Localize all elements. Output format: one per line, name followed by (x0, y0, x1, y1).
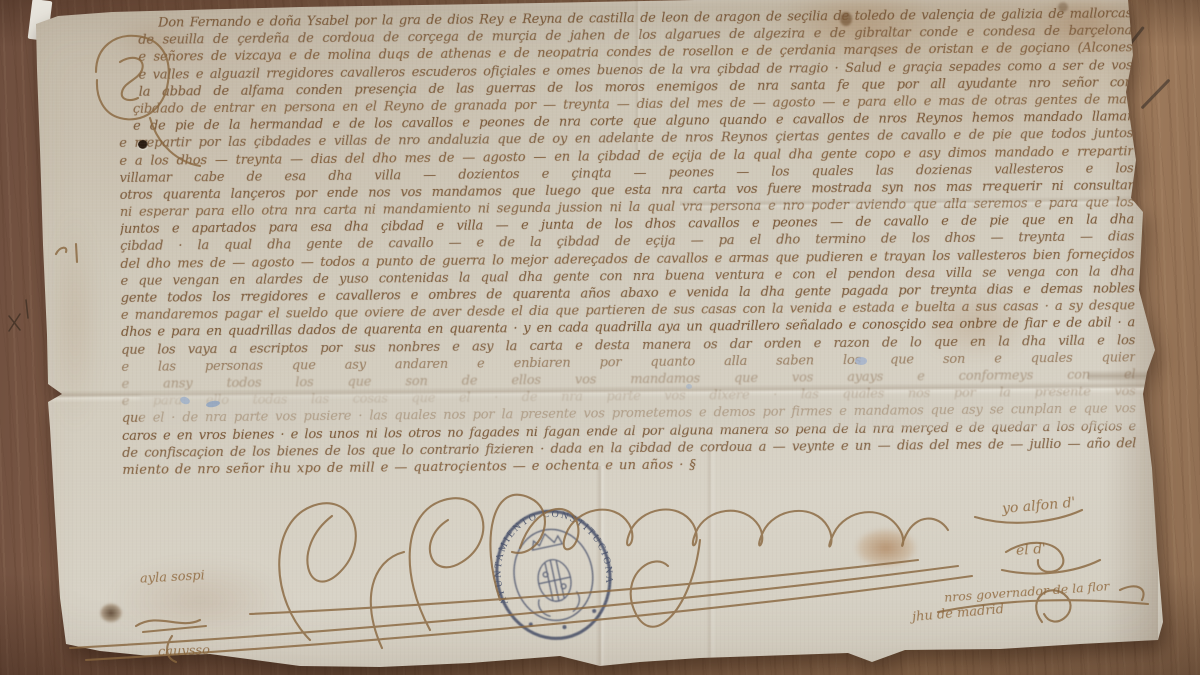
spot (840, 12, 852, 26)
paper-shadow: Don Fernando e doña Ysabel por la gra de… (0, 0, 1200, 675)
manuscript-line: Don Fernando e doña Ysabel por la gra de… (158, 5, 1132, 32)
fold-crease (596, 466, 606, 668)
blue-fleck (686, 384, 692, 389)
worm-hole (138, 140, 148, 149)
manuscript-line: que los vaya a escriptos por sus nonbres… (121, 332, 1135, 359)
fold-crease (1088, 370, 1158, 382)
edge-shading (1104, 0, 1158, 648)
manuscript-line: gente todos los rregidores e cavalleros … (121, 280, 1135, 307)
manuscript-line: ni esperar para ello otra nra carta ni m… (120, 194, 1134, 221)
manuscript-line: juntos e apartados para esa dha çibdad e… (120, 212, 1134, 239)
ink-blob (96, 600, 126, 626)
margin-note: ayla sospi (140, 568, 205, 586)
fold-crease (44, 381, 1148, 403)
stain (70, 540, 330, 660)
manuscript-line: e para ello todas las cosas que el · de … (122, 383, 1136, 410)
manuscript-line: que el · de nra parte vos pusiere · las … (122, 401, 1136, 428)
blue-fleck (206, 400, 221, 408)
paper-document: Don Fernando e doña Ysabel por la gra de… (0, 0, 1200, 675)
manuscript-line: la abbad de alfama conden presençia de l… (139, 74, 1133, 101)
manuscript-line: miento de nro señor ihu xpo de mill e — … (122, 452, 1136, 479)
fold-crease (634, 0, 642, 150)
manuscript-text: Don Fernando e doña Ysabel por la gra de… (118, 5, 1136, 479)
manuscript-line: dhos e para en quadrillas dados de quare… (121, 315, 1135, 342)
stain (1000, 0, 1170, 70)
archive-stamp: AYUNTAMIENTO CONSTITUCIONAL (479, 491, 628, 655)
manuscript-line: e a los dhos — treynta — dias del dho me… (119, 143, 1133, 170)
manuscript-line: çibdado de entrar en persona en el Reyno… (133, 91, 1133, 118)
signature-right-4: jhu de madrid (912, 602, 1005, 625)
manuscript-line: e ansy todos los que son de ellos vos ma… (121, 366, 1135, 393)
blue-fleck (855, 357, 867, 365)
signature-right-1: yo alfon d' (1001, 495, 1076, 517)
stain (40, 160, 110, 480)
manuscript-line: e que vengan en alardes de yuso contenid… (120, 263, 1134, 290)
manuscript-line: caros e en vros bienes · e los unos ni l… (122, 418, 1136, 445)
stain (890, 268, 1060, 378)
manuscript-line: e señores de vizcaya e de molina duqs de… (138, 40, 1132, 67)
manuscript-line: del dho mes de — agosto — todos a punto … (120, 246, 1134, 273)
photo-of-manuscript: Don Fernando e doña Ysabel por la gra de… (0, 0, 1200, 675)
signature-right-2: el d' (1015, 541, 1046, 559)
stamp-ring-text: AYUNTAMIENTO CONSTITUCIONAL (479, 491, 618, 611)
manuscript-line: e las personas que asy andaren e enbiare… (121, 349, 1135, 376)
fold-crease (680, 196, 1145, 211)
stain (90, 8, 220, 72)
manuscript-line: de seuilla de çerdeña de cordoua de corç… (138, 22, 1132, 49)
manuscript-line: e rrepartir por las çibdades e villas de… (119, 126, 1133, 153)
stain (740, 0, 980, 80)
blue-fleck (179, 396, 191, 406)
manuscript-line: e valles e alguazil rregidores cavallero… (138, 57, 1132, 84)
manuscript-line: otros quarenta lançeros por ende nos vos… (120, 177, 1134, 204)
spot (1058, 2, 1068, 12)
ink-blotch (845, 522, 927, 574)
manuscript-line: villamar cabe de esa dha villa — dozient… (119, 160, 1133, 187)
margin-note: cauysso (158, 643, 210, 660)
manuscript-line: de confiscaçion de los bienes de los que… (122, 435, 1136, 462)
coat-of-arms (525, 530, 582, 619)
fold-crease (706, 450, 716, 666)
signature-right-3: nros governador de la flor (944, 578, 1110, 605)
manuscript-line: e de pie de la hermandad e de los cavall… (133, 108, 1133, 135)
manuscript-line: e mandaremos pagar el sueldo que oviere … (121, 297, 1135, 324)
faded-text-band (140, 394, 1140, 428)
svg-text:AYUNTAMIENTO CONSTITUCIONAL: AYUNTAMIENTO CONSTITUCIONAL (479, 491, 618, 611)
manuscript-line: çibdad · la qual dha gente de cavallo — … (120, 229, 1134, 256)
